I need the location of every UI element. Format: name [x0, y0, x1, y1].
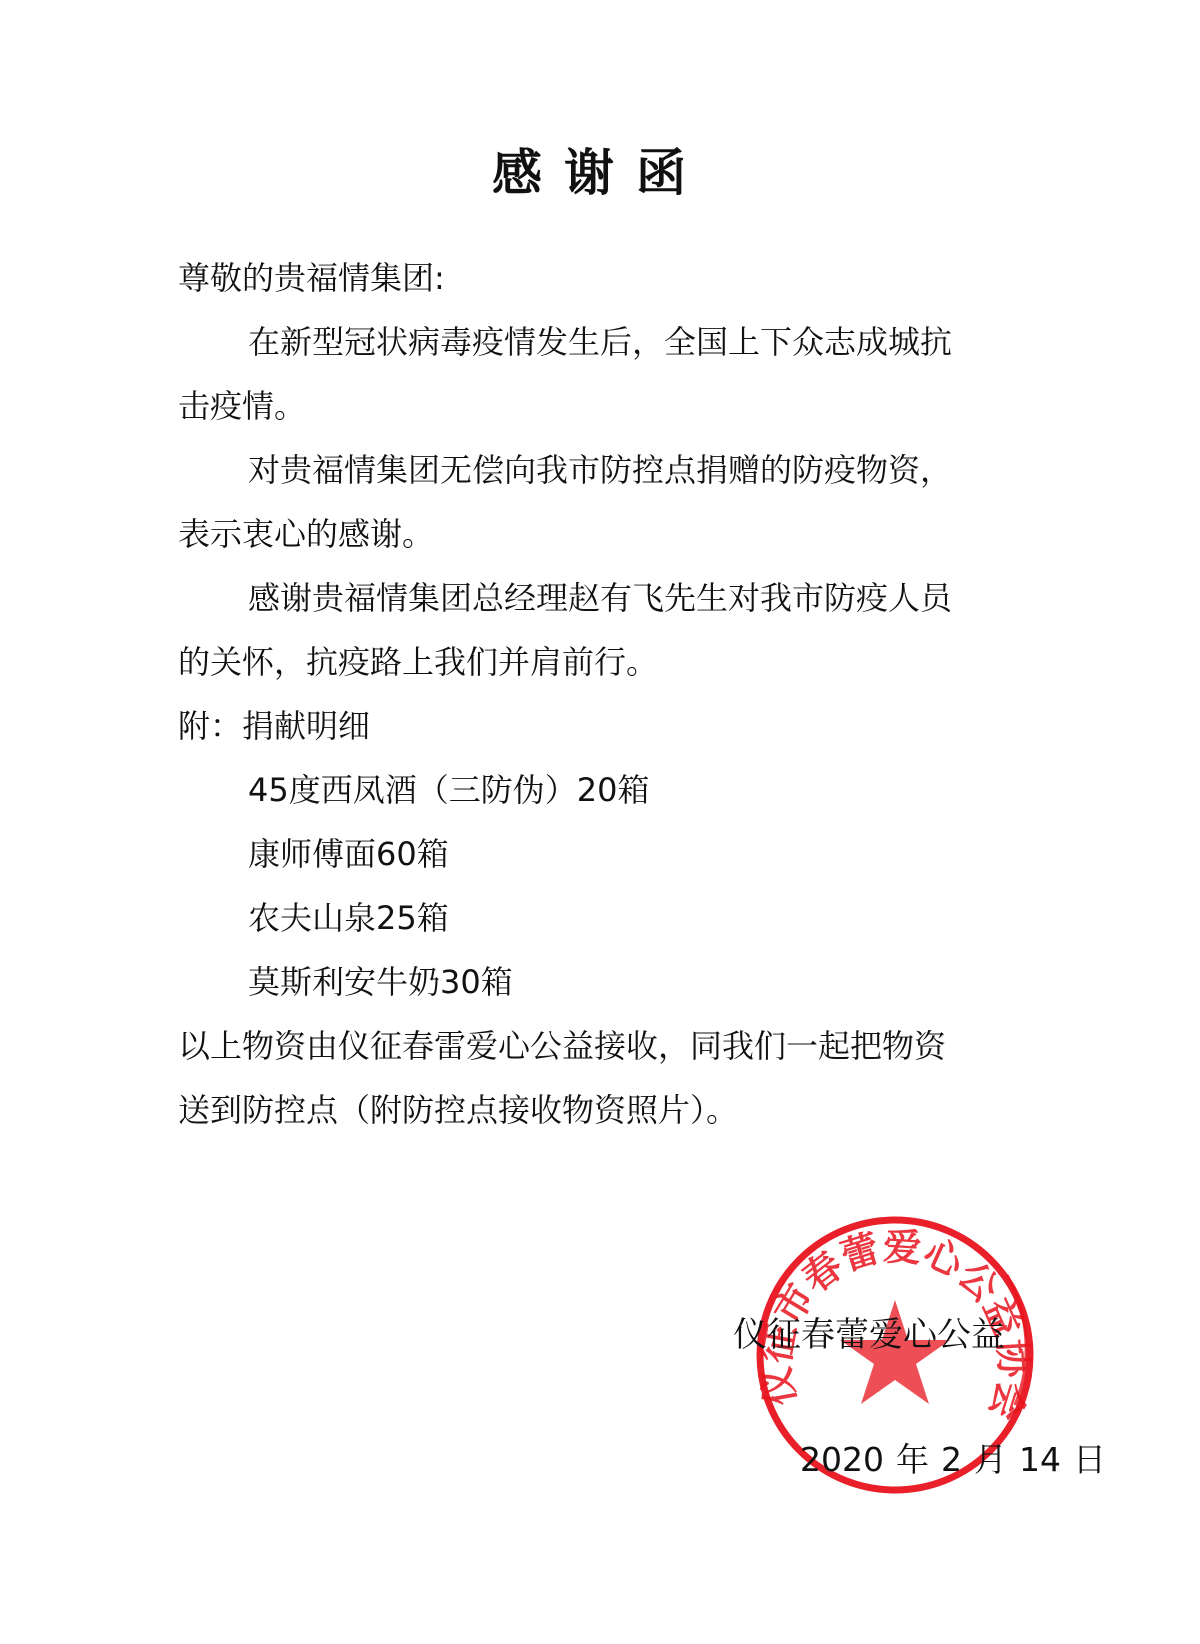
- paragraph-3-line-1: 感谢贵福情集团总经理赵有飞先生对我市防疫人员: [178, 566, 1058, 630]
- date-day-unit: 日: [1073, 1440, 1106, 1479]
- donation-item: 45度西凤酒（三防伪）20箱: [178, 758, 1058, 822]
- date-month-unit: 月: [974, 1440, 1007, 1479]
- letter-title: 感谢函: [0, 140, 1200, 206]
- date-year: 2020: [800, 1440, 884, 1479]
- donation-item: 康师傅面60箱: [178, 822, 1058, 886]
- date-day: 14: [1019, 1440, 1061, 1479]
- letter-body: 尊敬的贵福情集团: 在新型冠状病毒疫情发生后，全国上下众志成城抗 击疫情。 对贵…: [178, 246, 1058, 1142]
- closing-line-2: 送到防控点（附防控点接收物资照片）。: [178, 1078, 1058, 1142]
- salutation: 尊敬的贵福情集团:: [178, 246, 1058, 310]
- attachment-heading: 附：捐献明细: [178, 694, 1058, 758]
- donation-item: 莫斯利安牛奶30箱: [178, 950, 1058, 1014]
- paragraph-1-line-2: 击疫情。: [178, 374, 1058, 438]
- date-month: 2: [941, 1440, 962, 1479]
- paragraph-1-line-1: 在新型冠状病毒疫情发生后，全国上下众志成城抗: [178, 310, 1058, 374]
- paragraph-3-line-2: 的关怀，抗疫路上我们并肩前行。: [178, 630, 1058, 694]
- letter-date: 2020年2月14日: [800, 1435, 1118, 1485]
- closing-line-1: 以上物资由仪征春雷爱心公益接收，同我们一起把物资: [178, 1014, 1058, 1078]
- letter-page: 感谢函 尊敬的贵福情集团: 在新型冠状病毒疫情发生后，全国上下众志成城抗 击疫情…: [0, 0, 1200, 1644]
- paragraph-2-line-2: 表示衷心的感谢。: [178, 502, 1058, 566]
- signature: 仪征春蕾爱心公益: [733, 1310, 1005, 1360]
- donation-item: 农夫山泉25箱: [178, 886, 1058, 950]
- paragraph-2-line-1: 对贵福情集团无偿向我市防控点捐赠的防疫物资，: [178, 438, 1058, 502]
- date-year-unit: 年: [896, 1440, 929, 1479]
